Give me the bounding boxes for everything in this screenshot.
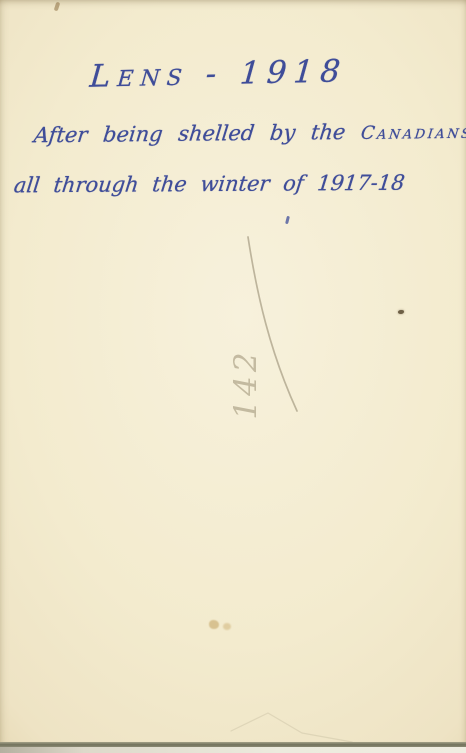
scan-background-strip [0, 747, 466, 753]
photo-card: Lens - 1918 After being shelled by the C… [0, 0, 466, 746]
stain-mark-right [223, 623, 231, 630]
scanned-card-back: Lens - 1918 After being shelled by the C… [0, 0, 466, 753]
pencil-stroke [248, 237, 297, 411]
pencil-marks-overlay [0, 0, 466, 753]
crease-mark [231, 713, 352, 742]
stain-mark-left [209, 620, 219, 629]
